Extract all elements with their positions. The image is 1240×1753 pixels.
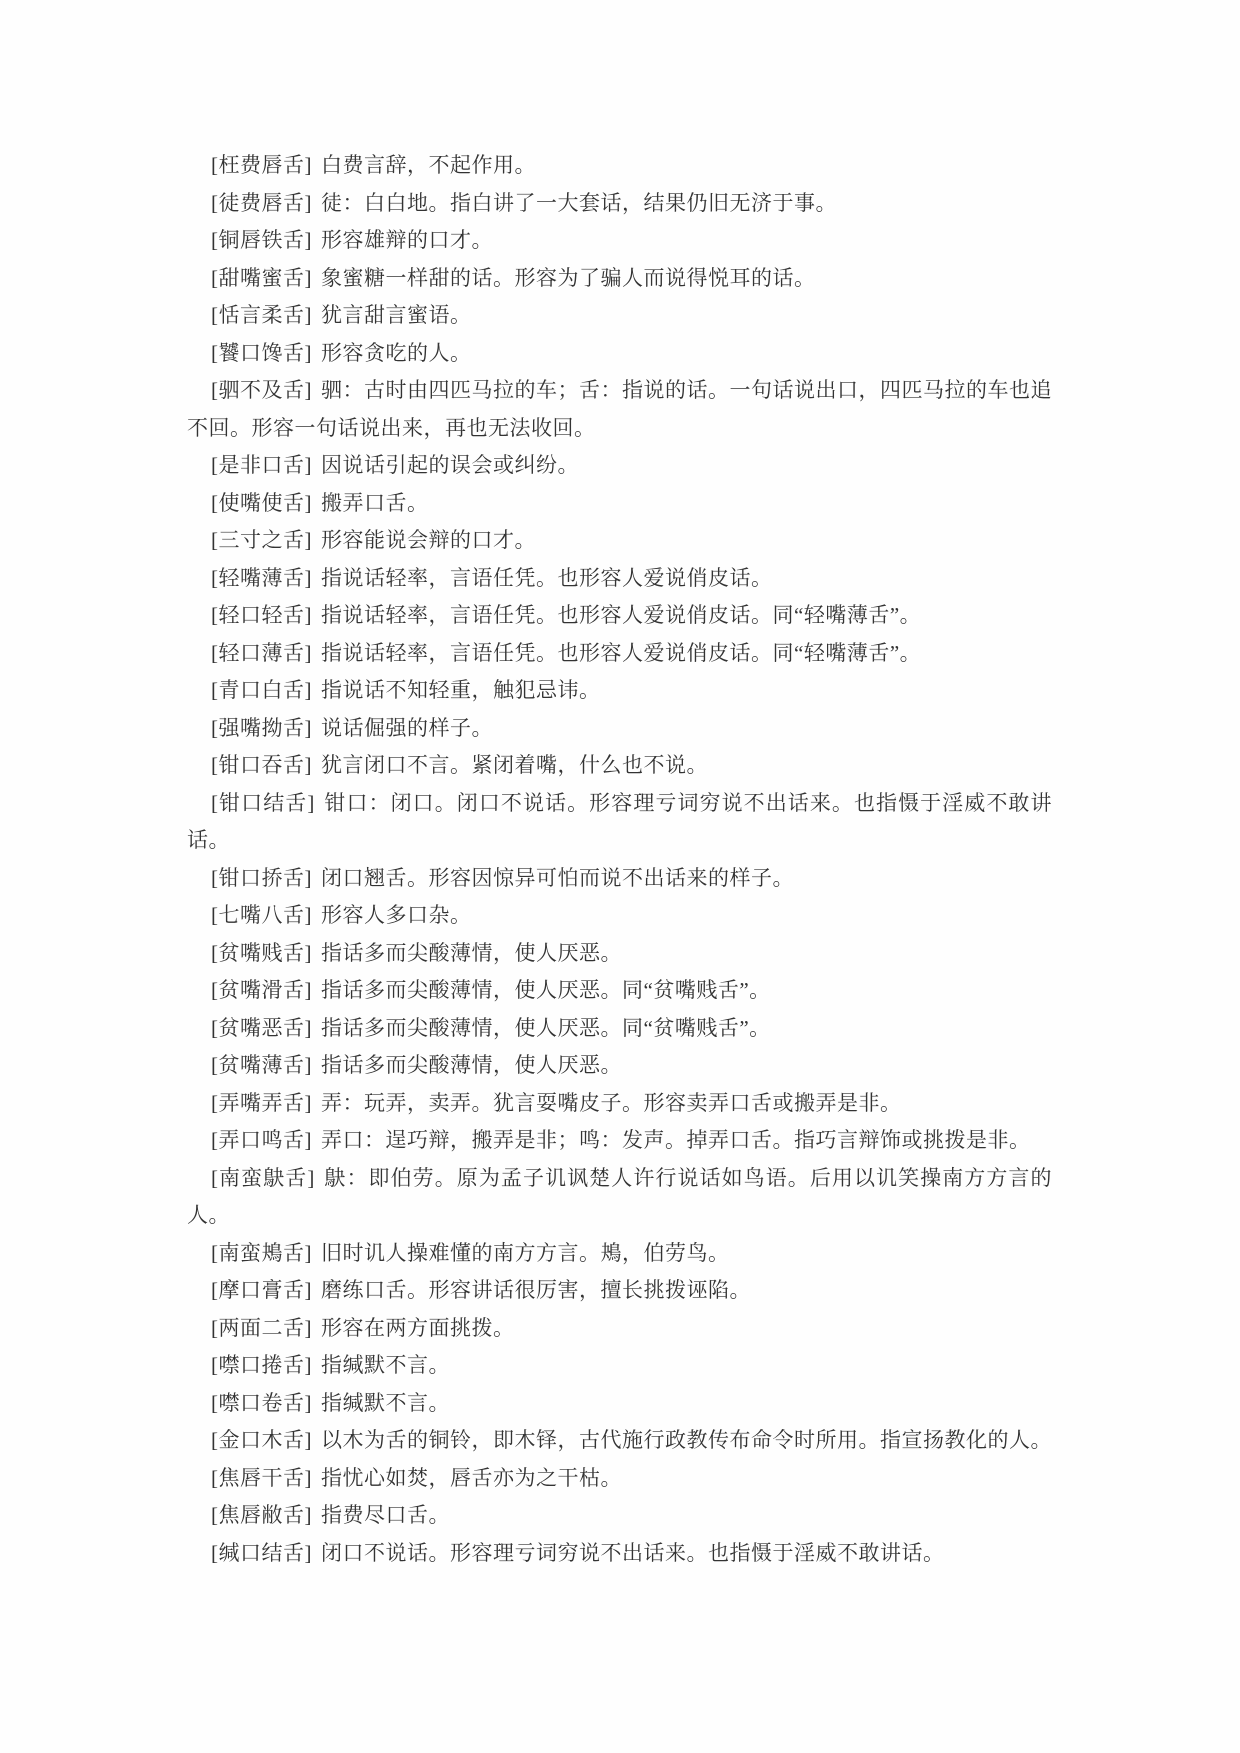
idiom-entry: [七嘴八舌]形容人多口杂。 <box>187 897 1052 935</box>
entry-term: [南蛮鴂舌] <box>211 1241 312 1265</box>
entry-term: [是非口舌] <box>211 453 312 477</box>
entry-definition: 指话多而尖酸薄情，使人厌恶。 <box>321 1053 622 1077</box>
idiom-entry: [贫嘴贱舌]指话多而尖酸薄情，使人厌恶。 <box>187 935 1052 973</box>
entry-term: [七嘴八舌] <box>211 903 312 927</box>
idiom-entry: [轻嘴薄舌]指说话轻率，言语任凭。也形容人爱说俏皮话。 <box>187 560 1052 598</box>
entry-term: [青口白舌] <box>211 678 312 702</box>
entry-definition: 指话多而尖酸薄情，使人厌恶。同“贫嘴贱舌”。 <box>321 978 771 1002</box>
entry-definition: 象蜜糖一样甜的话。形容为了骗人而说得悦耳的话。 <box>321 266 816 290</box>
entry-definition: 指说话轻率，言语任凭。也形容人爱说俏皮话。同“轻嘴薄舌”。 <box>321 641 921 665</box>
idiom-entry: [噤口捲舌]指缄默不言。 <box>187 1347 1052 1385</box>
idiom-entry: [摩口膏舌]磨练口舌。形容讲话很厉害，擅长挑拨诬陷。 <box>187 1272 1052 1310</box>
entry-term: [枉费唇舌] <box>211 153 312 177</box>
idiom-entry: [弄嘴弄舌]弄：玩弄，卖弄。犹言耍嘴皮子。形容卖弄口舌或搬弄是非。 <box>187 1085 1052 1123</box>
idiom-entry: [饕口馋舌]形容贪吃的人。 <box>187 335 1052 373</box>
idiom-entry: [贫嘴薄舌]指话多而尖酸薄情，使人厌恶。 <box>187 1047 1052 1085</box>
entry-definition: 指缄默不言。 <box>321 1391 450 1415</box>
idiom-entry: [钳口吞舌]犹言闭口不言。紧闭着嘴，什么也不说。 <box>187 747 1052 785</box>
entry-definition: 指忧心如焚，唇舌亦为之干枯。 <box>321 1466 622 1490</box>
idiom-entry: [焦唇干舌]指忧心如焚，唇舌亦为之干枯。 <box>187 1460 1052 1498</box>
entry-term: [三寸之舌] <box>211 528 312 552</box>
idiom-list: [枉费唇舌]白费言辞，不起作用。[徒费唇舌]徒：白白地。指白讲了一大套话，结果仍… <box>187 147 1052 1572</box>
entry-definition: 指费尽口舌。 <box>321 1503 450 1527</box>
entry-definition: 指缄默不言。 <box>321 1353 450 1377</box>
entry-term: [甜嘴蜜舌] <box>211 266 312 290</box>
entry-term: [钳口挢舌] <box>211 866 312 890</box>
entry-definition: 犹言甜言蜜语。 <box>321 303 472 327</box>
entry-term: [金口木舌] <box>211 1428 312 1452</box>
idiom-entry: [钳口结舌]钳口：闭口。闭口不说话。形容理亏词穷说不出话来。也指慑于淫威不敢讲话… <box>187 785 1052 860</box>
entry-term: [弄嘴弄舌] <box>211 1091 312 1115</box>
idiom-entry: [青口白舌]指说话不知轻重，触犯忌讳。 <box>187 672 1052 710</box>
entry-definition: 指说话不知轻重，触犯忌讳。 <box>321 678 601 702</box>
entry-definition: 白费言辞，不起作用。 <box>321 153 536 177</box>
entry-term: [弄口鸣舌] <box>211 1128 312 1152</box>
entry-definition: 徒：白白地。指白讲了一大套话，结果仍旧无济于事。 <box>321 191 837 215</box>
entry-term: [摩口膏舌] <box>211 1278 312 1302</box>
idiom-entry: [贫嘴滑舌]指话多而尖酸薄情，使人厌恶。同“贫嘴贱舌”。 <box>187 972 1052 1010</box>
entry-term: [轻口轻舌] <box>211 603 312 627</box>
idiom-entry: [徒费唇舌]徒：白白地。指白讲了一大套话，结果仍旧无济于事。 <box>187 185 1052 223</box>
idiom-entry: [甜嘴蜜舌]象蜜糖一样甜的话。形容为了骗人而说得悦耳的话。 <box>187 260 1052 298</box>
entry-definition: 形容雄辩的口才。 <box>321 228 493 252</box>
idiom-entry: [南蛮鴂舌]旧时讥人操难懂的南方方言。鴂，伯劳鸟。 <box>187 1235 1052 1273</box>
entry-term: [徒费唇舌] <box>211 191 312 215</box>
entry-term: [焦唇干舌] <box>211 1466 312 1490</box>
entry-definition: 钳口：闭口。闭口不说话。形容理亏词穷说不出话来。也指慑于淫威不敢讲话。 <box>187 791 1052 853</box>
entry-term: [恬言柔舌] <box>211 303 312 327</box>
idiom-entry: [使嘴使舌]搬弄口舌。 <box>187 485 1052 523</box>
idiom-entry: [两面二舌]形容在两方面挑拨。 <box>187 1310 1052 1348</box>
idiom-entry: [轻口薄舌]指说话轻率，言语任凭。也形容人爱说俏皮话。同“轻嘴薄舌”。 <box>187 635 1052 673</box>
idiom-entry: [枉费唇舌]白费言辞，不起作用。 <box>187 147 1052 185</box>
entry-definition: 因说话引起的误会或纠纷。 <box>321 453 579 477</box>
entry-definition: 指话多而尖酸薄情，使人厌恶。同“贫嘴贱舌”。 <box>321 1016 771 1040</box>
idiom-entry: [弄口鸣舌]弄口：逞巧辩，搬弄是非；鸣：发声。掉弄口舌。指巧言辩饰或挑拨是非。 <box>187 1122 1052 1160</box>
idiom-entry: [铜唇铁舌]形容雄辩的口才。 <box>187 222 1052 260</box>
idiom-entry: [强嘴拗舌]说话倔强的样子。 <box>187 710 1052 748</box>
idiom-entry: [金口木舌]以木为舌的铜铃，即木铎，古代施行政教传布命令时所用。指宣扬教化的人。 <box>187 1422 1052 1460</box>
entry-definition: 驷：古时由四匹马拉的车；舌：指说的话。一句话说出口，四匹马拉的车也追不回。形容一… <box>187 378 1052 440</box>
entry-term: [贫嘴恶舌] <box>211 1016 312 1040</box>
entry-definition: 形容人多口杂。 <box>321 903 472 927</box>
entry-term: [轻嘴薄舌] <box>211 566 312 590</box>
idiom-entry: [噤口卷舌]指缄默不言。 <box>187 1385 1052 1423</box>
entry-definition: 搬弄口舌。 <box>321 491 429 515</box>
entry-term: [铜唇铁舌] <box>211 228 312 252</box>
entry-term: [饕口馋舌] <box>211 341 312 365</box>
idiom-entry: [缄口结舌]闭口不说话。形容理亏词穷说不出话来。也指慑于淫威不敢讲话。 <box>187 1535 1052 1573</box>
entry-definition: 磨练口舌。形容讲话很厉害，擅长挑拨诬陷。 <box>321 1278 751 1302</box>
entry-definition: 旧时讥人操难懂的南方方言。鴂，伯劳鸟。 <box>321 1241 730 1265</box>
entry-definition: 闭口不说话。形容理亏词穷说不出话来。也指慑于淫威不敢讲话。 <box>321 1541 945 1565</box>
idiom-entry: [三寸之舌]形容能说会辩的口才。 <box>187 522 1052 560</box>
entry-definition: 鴃：即伯劳。原为孟子讥讽楚人许行说话如鸟语。后用以讥笑操南方方言的人。 <box>187 1166 1052 1228</box>
entry-term: [缄口结舌] <box>211 1541 312 1565</box>
entry-definition: 闭口翘舌。形容因惊异可怕而说不出话来的样子。 <box>321 866 794 890</box>
idiom-entry: [南蛮鴃舌]鴃：即伯劳。原为孟子讥讽楚人许行说话如鸟语。后用以讥笑操南方方言的人… <box>187 1160 1052 1235</box>
entry-definition: 指说话轻率，言语任凭。也形容人爱说俏皮话。同“轻嘴薄舌”。 <box>321 603 921 627</box>
idiom-entry: [驷不及舌]驷：古时由四匹马拉的车；舌：指说的话。一句话说出口，四匹马拉的车也追… <box>187 372 1052 447</box>
entry-term: [使嘴使舌] <box>211 491 312 515</box>
entry-term: [两面二舌] <box>211 1316 312 1340</box>
document-page: [枉费唇舌]白费言辞，不起作用。[徒费唇舌]徒：白白地。指白讲了一大套话，结果仍… <box>0 0 1240 1753</box>
entry-term: [钳口吞舌] <box>211 753 312 777</box>
entry-definition: 形容在两方面挑拨。 <box>321 1316 515 1340</box>
entry-term: [贫嘴滑舌] <box>211 978 312 1002</box>
entry-definition: 说话倔强的样子。 <box>321 716 493 740</box>
entry-definition: 形容贪吃的人。 <box>321 341 472 365</box>
entry-definition: 弄：玩弄，卖弄。犹言耍嘴皮子。形容卖弄口舌或搬弄是非。 <box>321 1091 902 1115</box>
idiom-entry: [贫嘴恶舌]指话多而尖酸薄情，使人厌恶。同“贫嘴贱舌”。 <box>187 1010 1052 1048</box>
entry-term: [南蛮鴃舌] <box>211 1166 315 1190</box>
idiom-entry: [轻口轻舌]指说话轻率，言语任凭。也形容人爱说俏皮话。同“轻嘴薄舌”。 <box>187 597 1052 635</box>
entry-term: [噤口卷舌] <box>211 1391 312 1415</box>
entry-definition: 犹言闭口不言。紧闭着嘴，什么也不说。 <box>321 753 708 777</box>
entry-term: [焦唇敝舌] <box>211 1503 312 1527</box>
entry-term: [噤口捲舌] <box>211 1353 312 1377</box>
idiom-entry: [是非口舌]因说话引起的误会或纠纷。 <box>187 447 1052 485</box>
idiom-entry: [钳口挢舌]闭口翘舌。形容因惊异可怕而说不出话来的样子。 <box>187 860 1052 898</box>
entry-term: [强嘴拗舌] <box>211 716 312 740</box>
idiom-entry: [焦唇敝舌]指费尽口舌。 <box>187 1497 1052 1535</box>
entry-term: [轻口薄舌] <box>211 641 312 665</box>
entry-term: [贫嘴薄舌] <box>211 1053 312 1077</box>
idiom-entry: [恬言柔舌]犹言甜言蜜语。 <box>187 297 1052 335</box>
entry-term: [贫嘴贱舌] <box>211 941 312 965</box>
entry-definition: 指说话轻率，言语任凭。也形容人爱说俏皮话。 <box>321 566 773 590</box>
entry-definition: 弄口：逞巧辩，搬弄是非；鸣：发声。掉弄口舌。指巧言辩饰或挑拨是非。 <box>321 1128 1031 1152</box>
entry-definition: 以木为舌的铜铃，即木铎，古代施行政教传布命令时所用。指宣扬教化的人。 <box>321 1428 1052 1452</box>
entry-definition: 指话多而尖酸薄情，使人厌恶。 <box>321 941 622 965</box>
entry-term: [钳口结舌] <box>211 791 315 815</box>
entry-term: [驷不及舌] <box>211 378 312 402</box>
entry-definition: 形容能说会辩的口才。 <box>321 528 536 552</box>
